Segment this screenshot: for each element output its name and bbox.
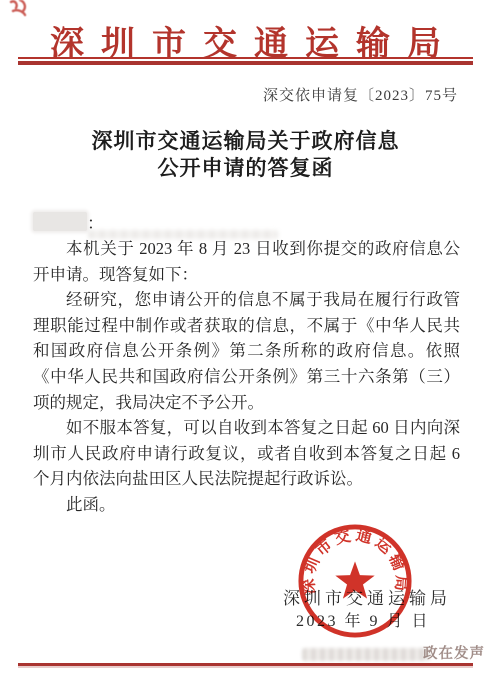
paragraph-remedies: 如不服本答复，可以自收到本答复之日起 60 日内向深圳市人民政府申请行政复议，或… bbox=[33, 415, 460, 492]
paragraph-closing: 此函。 bbox=[33, 492, 460, 518]
document-title-line1: 深圳市交通运输局关于政府信息 bbox=[92, 129, 400, 153]
document-title: 深圳市交通运输局关于政府信息 公开申请的答复函 bbox=[0, 128, 491, 182]
paragraph-receipt: 本机关于 2023 年 8 月 23 日收到你提交的政府信息公开申请。现答复如下… bbox=[33, 236, 460, 287]
official-seal: 深圳市交通运输局 bbox=[296, 520, 414, 640]
scan-artifact-red-mark bbox=[9, 0, 29, 17]
document-title-line2: 公开申请的答复函 bbox=[158, 156, 334, 180]
document-number: 深交依申请复〔2023〕75号 bbox=[263, 84, 458, 105]
letter-body: 本机关于 2023 年 8 月 23 日收到你提交的政府信息公开申请。现答复如下… bbox=[33, 236, 460, 518]
document-page: 深圳市交通运输局 深交依申请复〔2023〕75号 深圳市交通运输局关于政府信息 … bbox=[0, 0, 491, 674]
footer-watermark: 政在发声 bbox=[423, 642, 485, 663]
redacted-recipient-name bbox=[33, 212, 87, 231]
masthead-divider bbox=[18, 57, 473, 65]
blurred-watermark-smudge bbox=[302, 648, 430, 661]
footer-red-rule bbox=[18, 663, 473, 666]
masthead-divider-thick-line bbox=[18, 61, 473, 65]
paragraph-decision: 经研究，您申请公开的信息不属于我局在履行行政管理职能过程中制作或者获取的信息，不… bbox=[33, 287, 460, 415]
seal-star-icon bbox=[335, 561, 374, 598]
